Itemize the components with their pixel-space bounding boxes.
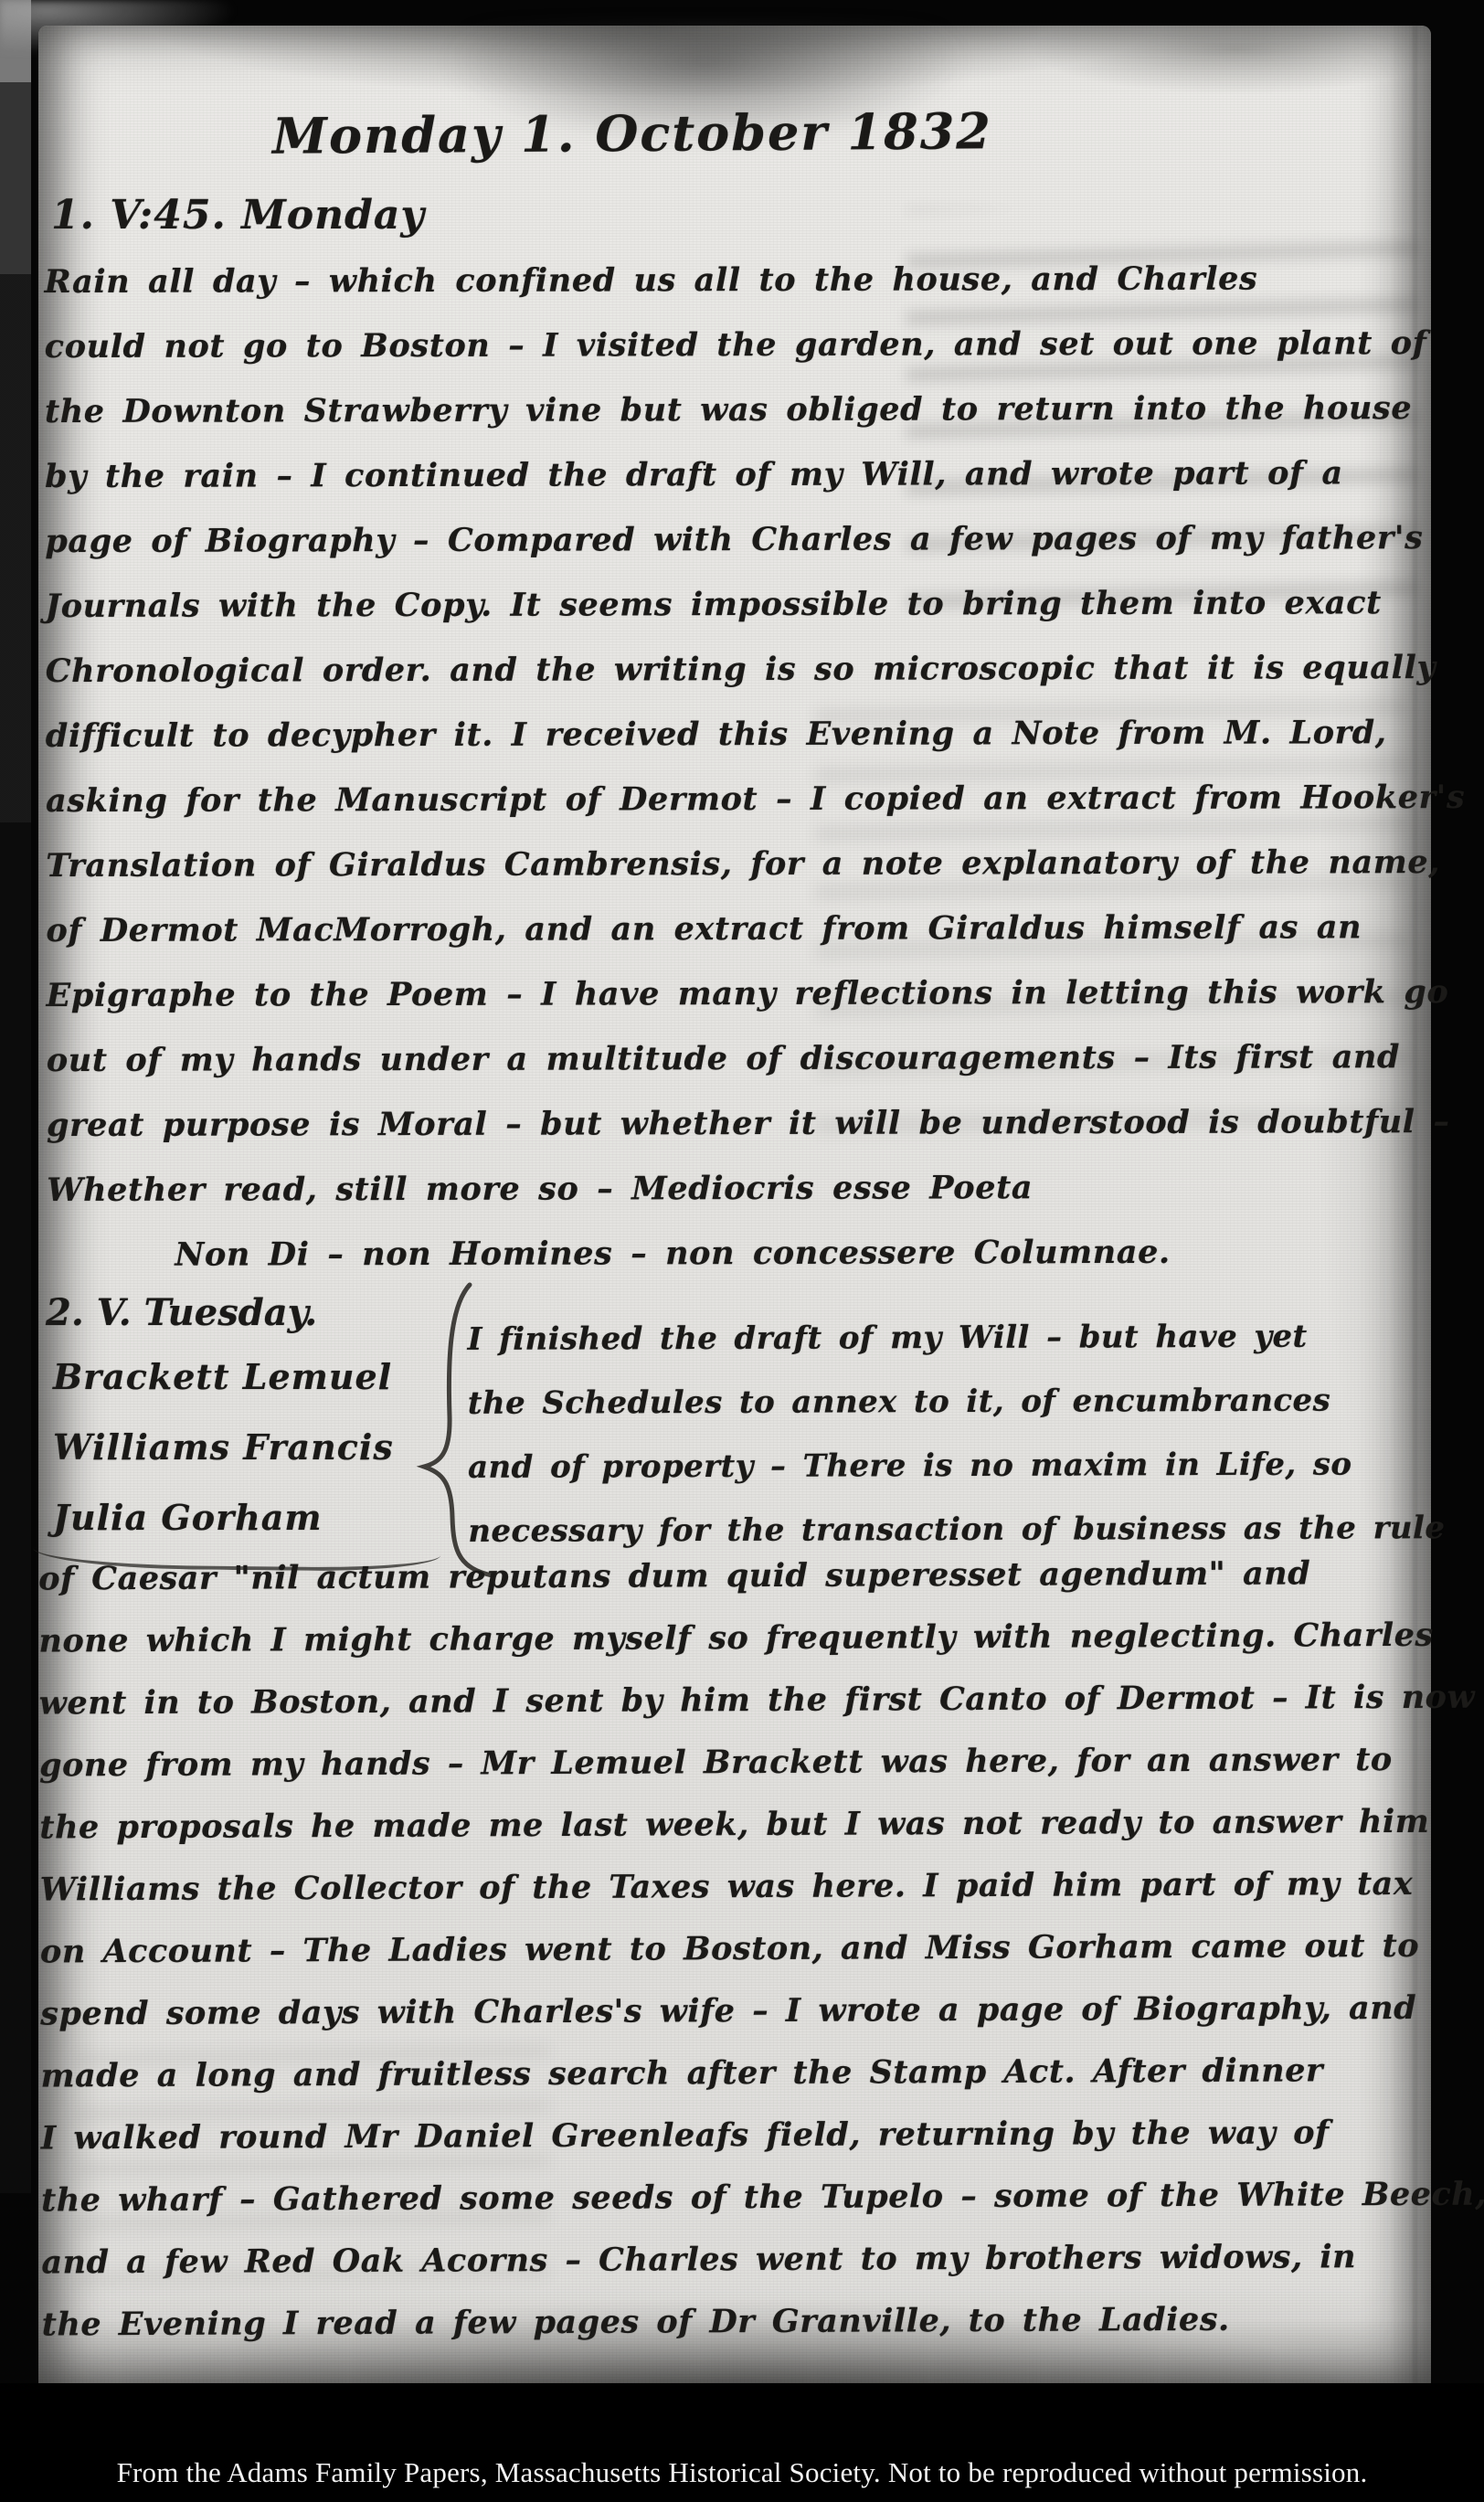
manuscript-line: out of my hands under a multitude of dis… bbox=[47, 1038, 1466, 1107]
entry-date-title: Monday 1. October 1832 bbox=[212, 101, 1053, 165]
manuscript-line: and a few Red Oak Acorns – Charles went … bbox=[41, 2238, 1484, 2306]
entry2-column-body: I finished the draft of my Will – but ha… bbox=[468, 1318, 1446, 1577]
manuscript-line: great purpose is Moral – but whether it … bbox=[47, 1103, 1466, 1171]
entry1-body: Rain all day – which confined us all to … bbox=[45, 260, 1467, 1301]
manuscript-page: Monday 1. October 1832 1. V:45. Monday R… bbox=[38, 26, 1431, 2394]
manuscript-line: asking for the Manuscript of Dermot – I … bbox=[46, 779, 1465, 847]
entry2-heading: 2. V. Tuesday. bbox=[46, 1291, 317, 1334]
entry2-margin-names: Brackett Lemuel Williams Francis Julia G… bbox=[53, 1356, 394, 1567]
manuscript-line: the Downton Strawberry vine but was obli… bbox=[45, 389, 1464, 458]
manuscript-line: none which I might charge myself so freq… bbox=[38, 1617, 1484, 1685]
manuscript-line: on Account – The Ladies went to Boston, … bbox=[40, 1927, 1484, 1996]
manuscript-line: Chronological order. and the writing is … bbox=[46, 649, 1465, 717]
manuscript-line: went in to Boston, and I sent by him the… bbox=[39, 1679, 1484, 1747]
margin-name: Williams Francis bbox=[53, 1426, 394, 1497]
manuscript-line: the Schedules to annex to it, of encumbr… bbox=[468, 1382, 1445, 1449]
manuscript-line: made a long and fruitless search after t… bbox=[40, 2051, 1484, 2120]
manuscript-line: Journals with the Copy. It seems impossi… bbox=[45, 584, 1464, 652]
margin-name: Brackett Lemuel bbox=[53, 1356, 394, 1426]
manuscript-line: of Caesar "nil actum reputans dum quid s… bbox=[38, 1554, 1484, 1623]
manuscript-line: Rain all day – which confined us all to … bbox=[45, 260, 1464, 328]
manuscript-line: and of property – There is no maxim in L… bbox=[468, 1446, 1445, 1513]
entry1-heading: 1. V:45. Monday bbox=[51, 192, 425, 239]
manuscript-line: the wharf – Gathered some seeds of the T… bbox=[41, 2176, 1484, 2244]
manuscript-line: of Dermot MacMorrogh, and an extract fro… bbox=[46, 908, 1465, 977]
manuscript-line: spend some days with Charles's wife – I … bbox=[40, 1989, 1484, 2058]
caption-band: From the Adams Family Papers, Massachuse… bbox=[0, 2383, 1484, 2502]
manuscript-line: by the rain – I continued the draft of m… bbox=[45, 454, 1464, 523]
manuscript-line: page of Biography – Compared with Charle… bbox=[45, 519, 1464, 588]
manuscript-line: Whether read, still more so – Mediocris … bbox=[47, 1168, 1466, 1236]
manuscript-line: the proposals he made me last week, but … bbox=[39, 1803, 1484, 1871]
manuscript-line: Translation of Giraldus Cambrensis, for … bbox=[46, 843, 1465, 912]
manuscript-line: could not go to Boston – I visited the g… bbox=[45, 324, 1464, 393]
scan-edge-shading bbox=[0, 0, 31, 2502]
manuscript-line: Epigraphe to the Poem – I have many refl… bbox=[47, 973, 1466, 1042]
scanned-diary-page: Monday 1. October 1832 1. V:45. Monday R… bbox=[0, 0, 1484, 2502]
entry2-full-width-body: of Caesar "nil actum reputans dum quid s… bbox=[38, 1554, 1484, 2369]
manuscript-line: difficult to decypher it. I received thi… bbox=[46, 714, 1465, 782]
manuscript-line: I finished the draft of my Will – but ha… bbox=[468, 1318, 1445, 1385]
manuscript-line: gone from my hands – Mr Lemuel Brackett … bbox=[39, 1741, 1484, 1809]
credit-caption: From the Adams Family Papers, Massachuse… bbox=[117, 2456, 1368, 2502]
manuscript-line: Williams the Collector of the Taxes was … bbox=[40, 1865, 1484, 1934]
manuscript-line: I walked round Mr Daniel Greenleafs fiel… bbox=[41, 2114, 1484, 2182]
manuscript-line: the Evening I read a few pages of Dr Gra… bbox=[42, 2300, 1484, 2369]
